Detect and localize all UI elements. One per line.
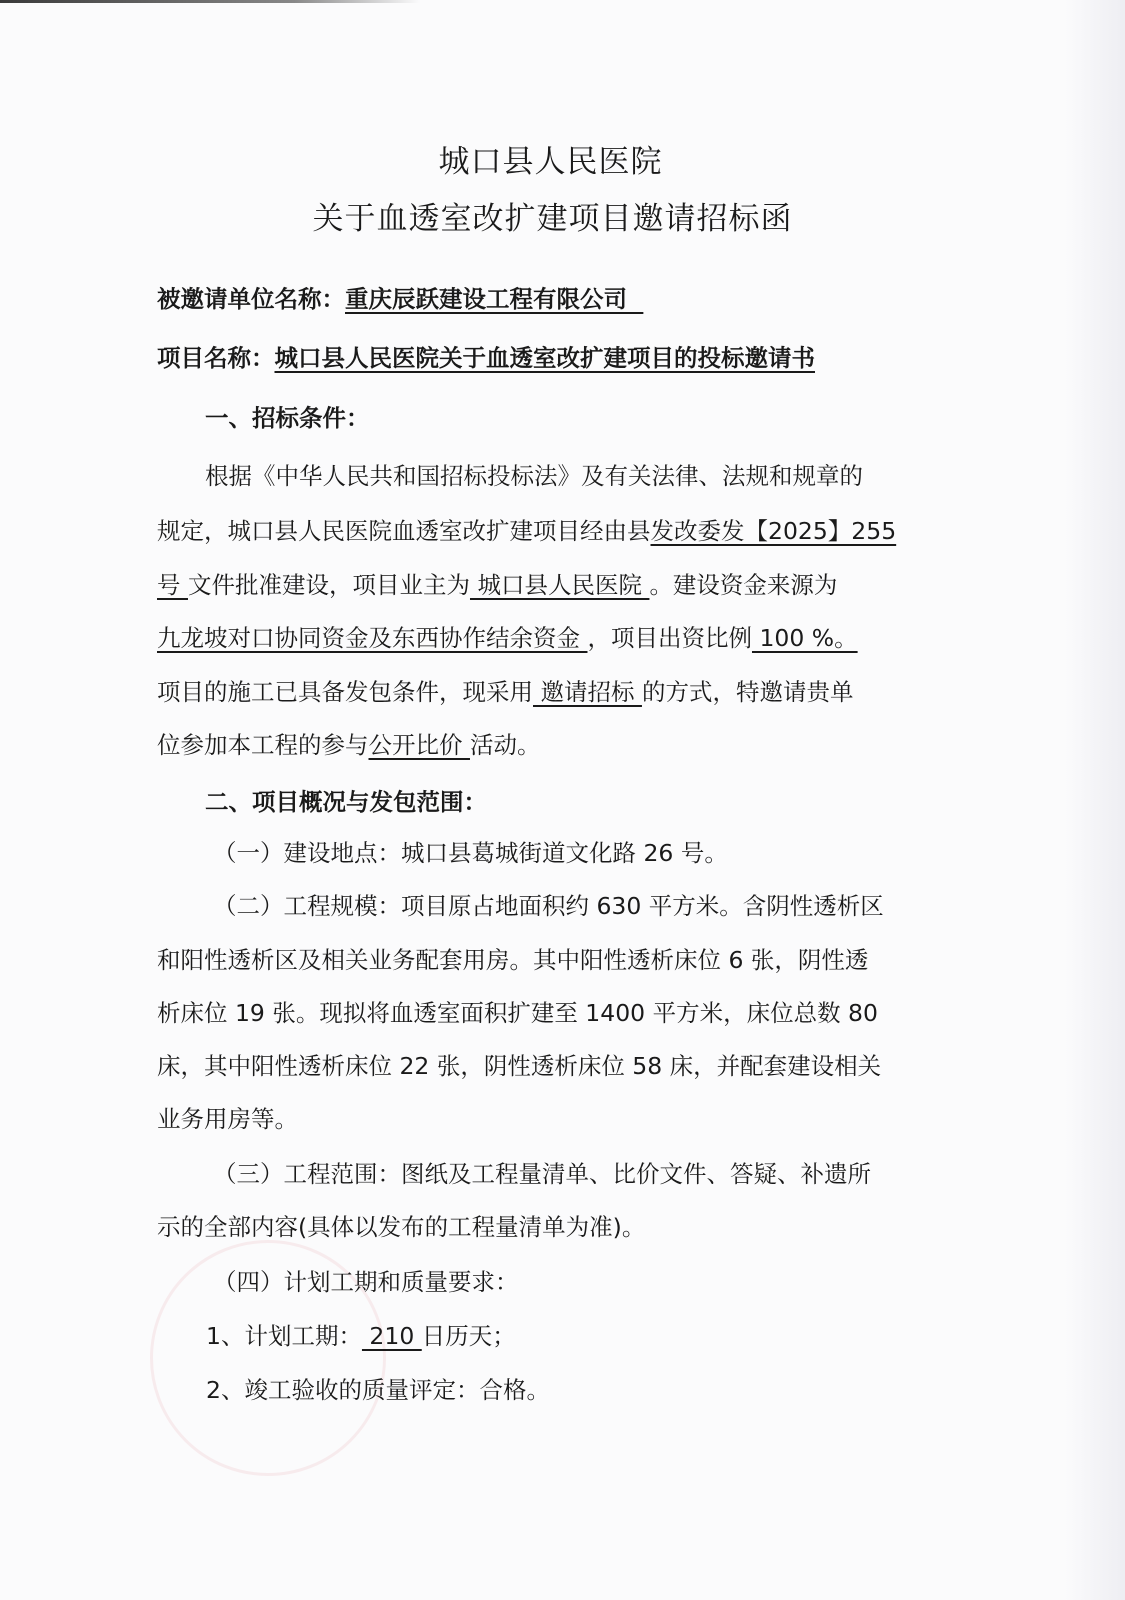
section-2-heading: 二、项目概况与发包范围：	[205, 786, 1005, 818]
scale-line-2: 和阳性透析区及相关业务配套用房。其中阳性透析床位 6 张，阴性透	[157, 944, 957, 976]
approval-document-number: 发改委发【2025】255	[651, 517, 897, 545]
duration-line: 1、计划工期： 210 日历天；	[206, 1320, 1006, 1352]
project-label: 项目名称：	[157, 344, 275, 372]
scope-line-1: （三）工程范围：图纸及工程量清单、比价文件、答疑、补遗所	[213, 1158, 1013, 1190]
scale-line-4: 床，其中阳性透析床位 22 张，阴性透析床位 58 床，并配套建设相关	[157, 1050, 957, 1082]
quality-line: 2、竣工验收的质量评定：合格。	[206, 1374, 1006, 1406]
project-owner: 城口县人民医院	[470, 571, 649, 599]
invitee-value: 重庆辰跃建设工程有限公司	[345, 285, 627, 313]
section-1-line-6: 位参加本工程的参与公开比价 活动。	[157, 729, 957, 761]
activity-type: 公开比价	[369, 731, 470, 759]
schedule-heading: （四）计划工期和质量要求：	[213, 1266, 1013, 1298]
project-value: 城口县人民医院关于血透室改扩建项目的投标邀请书	[275, 344, 816, 372]
invitee-line: 被邀请单位名称：重庆辰跃建设工程有限公司	[157, 283, 957, 315]
section-1-line-3: 号 文件批准建设，项目业主为 城口县人民医院 。建设资金来源为	[157, 569, 957, 601]
document-title-organization: 城口县人民医院	[0, 136, 1113, 181]
tender-method: 邀请招标	[533, 678, 642, 706]
section-1-line-1: 根据《中华人民共和国招标投标法》及有关法律、法规和规章的	[205, 460, 940, 492]
section-1-line-5: 项目的施工已具备发包条件，现采用 邀请招标 的方式，特邀请贵单	[157, 676, 957, 708]
document-page: 城口县人民医院 关于血透室改扩建项目邀请招标函 被邀请单位名称：重庆辰跃建设工程…	[0, 0, 1125, 1600]
project-name-line: 项目名称：城口县人民医院关于血透室改扩建项目的投标邀请书	[157, 342, 957, 374]
funding-ratio: 100 %。	[752, 624, 858, 652]
funding-source: 九龙坡对口协同资金及东西协作结余资金	[157, 624, 587, 652]
scope-line-2: 示的全部内容(具体以发布的工程量清单为准)。	[157, 1211, 957, 1243]
scale-line-3: 析床位 19 张。现拟将血透室面积扩建至 1400 平方米，床位总数 80	[157, 997, 957, 1029]
scale-line-5: 业务用房等。	[157, 1103, 957, 1135]
section-1-line-2: 规定，城口县人民医院血透室改扩建项目经由县发改委发【2025】255	[157, 515, 957, 547]
invitee-label: 被邀请单位名称：	[157, 285, 345, 313]
duration-days: 210	[362, 1322, 422, 1350]
section-1-heading: 一、招标条件：	[205, 402, 1005, 434]
document-title-subject: 关于血透室改扩建项目邀请招标函	[0, 193, 1115, 238]
section-1-line-4: 九龙坡对口协同资金及东西协作结余资金 ，项目出资比例 100 %。	[157, 622, 957, 654]
scale-line-1: （二）工程规模：项目原占地面积约 630 平方米。含阴性透析区	[213, 890, 1013, 922]
construction-location: （一）建设地点：城口县葛城街道文化路 26 号。	[213, 837, 1013, 869]
